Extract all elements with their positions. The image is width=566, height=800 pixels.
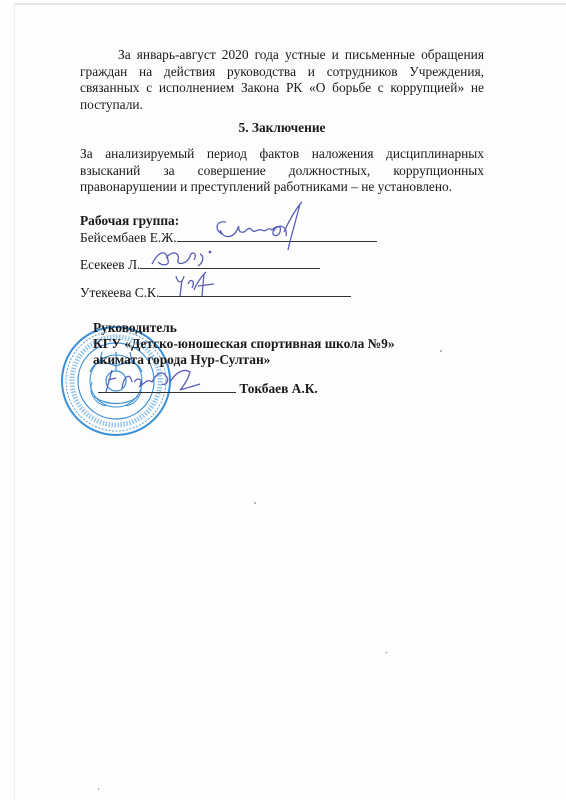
paragraph-conclusion: За анализируемый период фактов наложения… xyxy=(80,146,484,196)
scan-speck xyxy=(254,502,256,504)
signature-utekeeva xyxy=(170,270,220,300)
signature-beisembaev xyxy=(210,200,310,255)
document-page: За январь-август 2020 года устные и пись… xyxy=(0,0,566,800)
director-name: Токбаев А.К. xyxy=(239,381,317,396)
scan-speck xyxy=(98,788,99,790)
member-name: Есекеев Л. xyxy=(80,257,140,272)
scan-speck xyxy=(440,350,442,352)
scan-speck xyxy=(385,651,388,654)
director-org-line-1: КГУ «Детско-юношеская спортивная школа №… xyxy=(93,336,395,352)
director-title: Руководитель xyxy=(93,320,177,336)
signature-director xyxy=(100,358,205,396)
member-name: Утекеева С.К. xyxy=(80,285,159,300)
paragraph-appeals: За январь-август 2020 года устные и пись… xyxy=(80,47,484,113)
signature-esekeev xyxy=(148,244,223,272)
section-heading: 5. Заключение xyxy=(80,120,484,136)
working-group-label: Рабочая группа: xyxy=(80,213,179,229)
member-name: Бейсембаев Е.Ж. xyxy=(80,230,177,245)
